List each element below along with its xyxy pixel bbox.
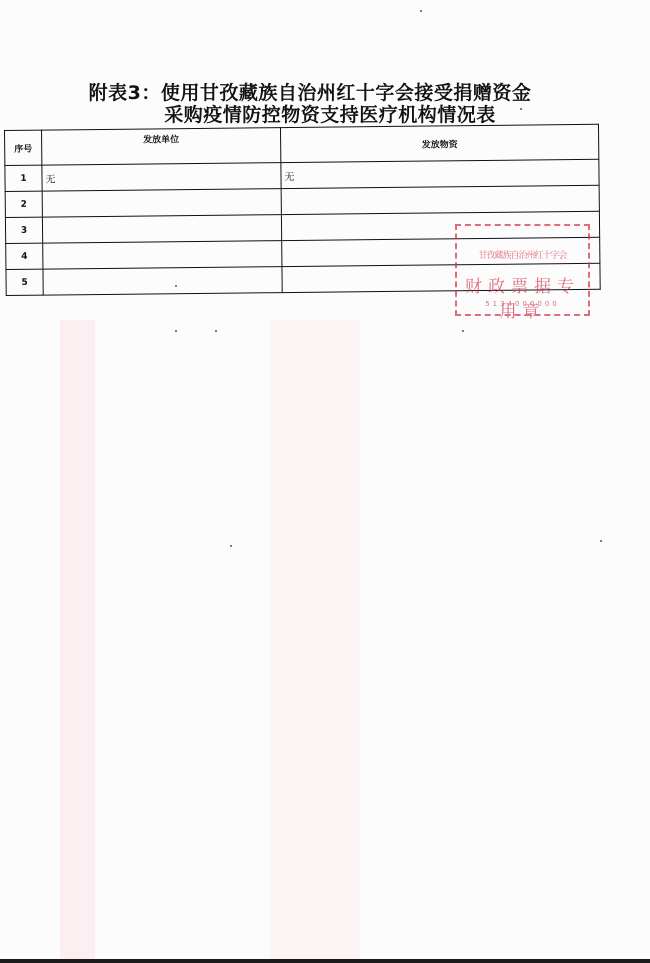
- scan-speck: [420, 10, 422, 12]
- scan-speck: [462, 330, 464, 332]
- scan-artifact-band: [60, 320, 95, 963]
- header-goods: 发放物资: [280, 124, 598, 162]
- header-unit: 发放单位: [42, 128, 281, 166]
- row-seq: 1: [5, 165, 42, 191]
- scan-speck: [230, 545, 232, 547]
- scan-speck: [175, 330, 177, 332]
- row-unit: [42, 189, 281, 218]
- row-seq: 3: [5, 217, 42, 243]
- seal-org-text: 甘孜藏族自治州红十字会: [461, 248, 584, 261]
- seal-main-text: 财政票据专用章: [457, 272, 588, 322]
- row-unit: [43, 241, 282, 270]
- scan-speck: [520, 108, 522, 110]
- row-unit: 无: [42, 163, 281, 192]
- official-seal-stamp: 甘孜藏族自治州红十字会 财政票据专用章 5134000000: [455, 224, 590, 316]
- row-seq: 5: [6, 269, 43, 295]
- seal-code-text: 5134000000: [457, 300, 588, 308]
- document-title-line2: 采购疫情防控物资支持医疗机构情况表: [60, 100, 600, 127]
- row-seq: 2: [5, 191, 42, 217]
- scan-artifact-band: [270, 320, 360, 963]
- row-goods: [281, 185, 599, 214]
- row-seq: 4: [6, 243, 43, 269]
- scan-bottom-edge: [0, 959, 650, 963]
- row-unit: [42, 215, 281, 244]
- scan-speck: [600, 540, 602, 542]
- row-unit: [43, 267, 282, 296]
- row-goods: 无: [281, 159, 599, 188]
- scan-speck: [175, 285, 177, 287]
- header-seq: 序号: [5, 130, 42, 165]
- scan-speck: [215, 330, 217, 332]
